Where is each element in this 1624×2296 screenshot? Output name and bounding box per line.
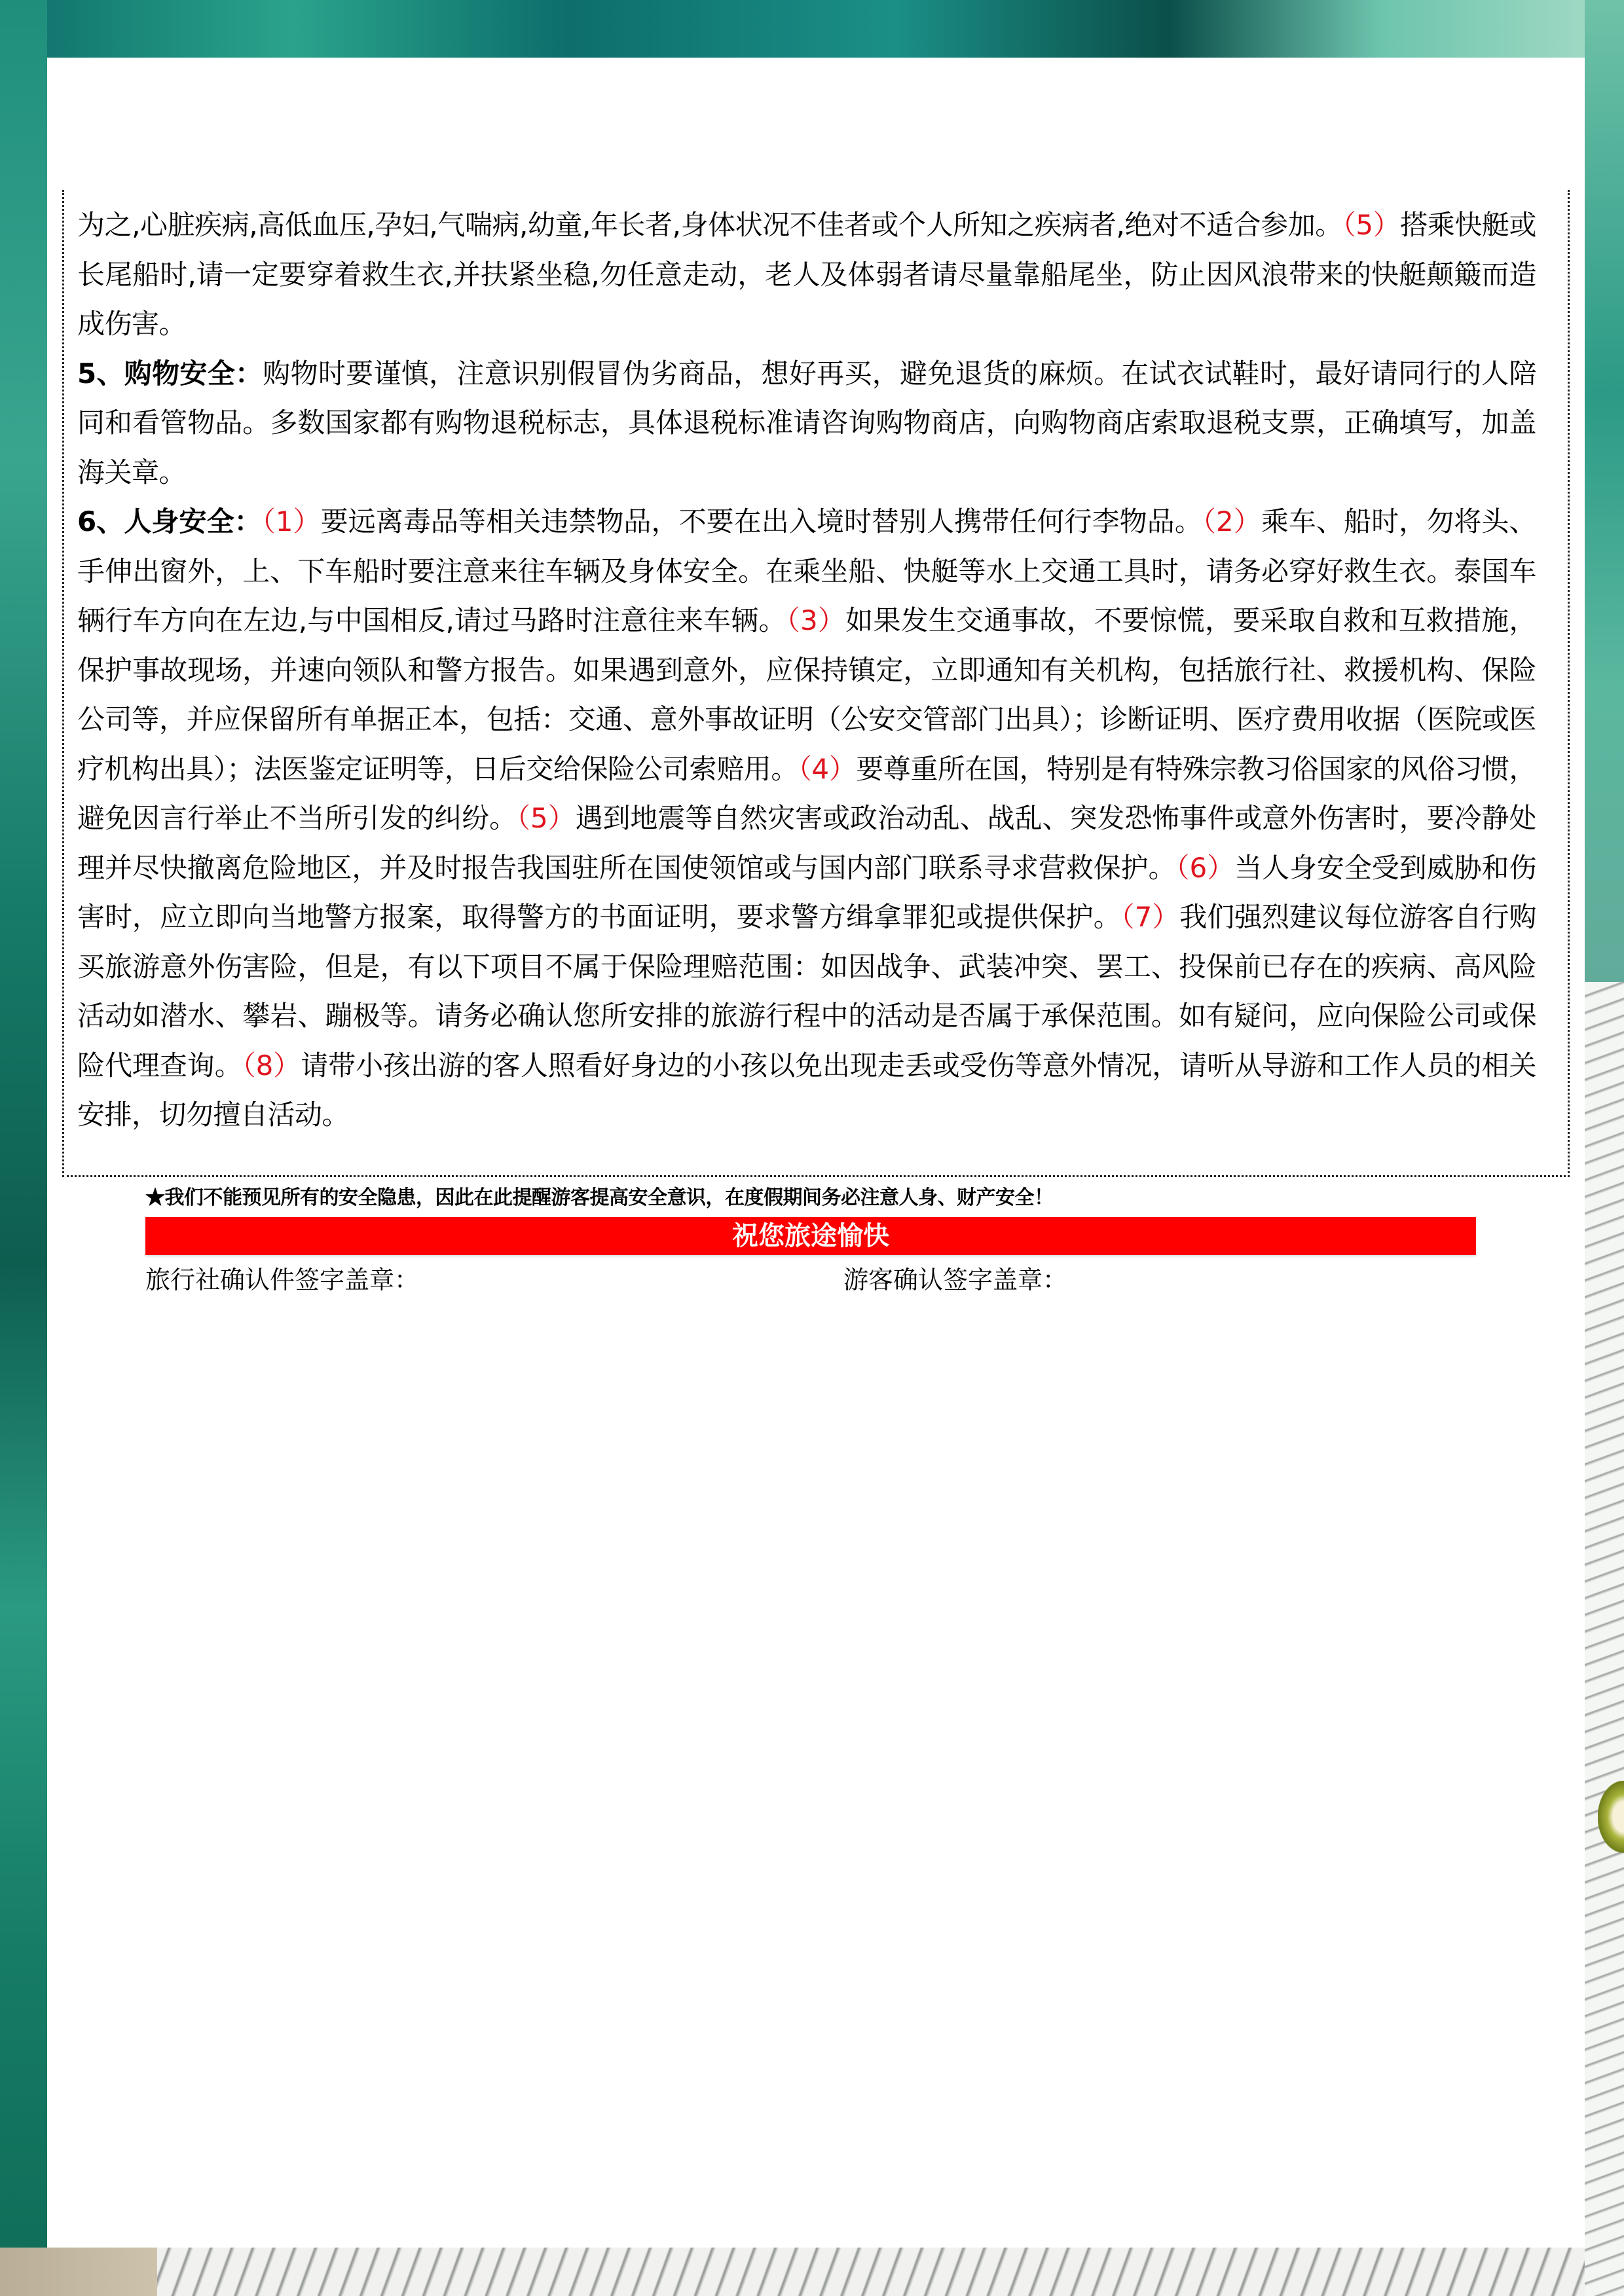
item-number: （6） [1176,852,1235,884]
safety-reminder-notice: ★我们不能预见所有的安全隐患，因此在此提醒游客提高安全意识，在度假期间务必注意人… [145,1182,1521,1214]
text-segment: 要远离毒品等相关违禁物品，不要在出入境时替别人携带任何行李物品。 [321,505,1202,538]
section-heading-shopping: 5、购物安全： [77,357,263,390]
paragraph-personal-safety: 6、人身安全：（1）要远离毒品等相关违禁物品，不要在出入境时替别人携带任何行李物… [77,497,1536,1140]
item-number: （3） [786,604,845,636]
background-water-top [0,0,1624,65]
item-number: （4） [798,753,856,785]
wish-banner: 祝您旅途愉快 [145,1217,1476,1255]
agency-signature-label: 旅行社确认件签字盖章： [145,1260,419,1300]
text-segment: 购物时要谨慎，注意识别假冒伪劣商品，想好再买，避免退货的麻烦。在试衣试鞋时，最好… [77,357,1536,488]
paragraph-health-boat: 为之,心脏疾病,高低血压,孕妇,气喘病,幼童,年长者,身体状况不佳者或个人所知之… [77,200,1536,349]
safety-notes-content: 为之,心脏疾病,高低血压,孕妇,气喘病,幼童,年长者,身体状况不佳者或个人所知之… [77,200,1536,1140]
background-sand-bottom [0,2248,157,2296]
background-fabric-right [1585,982,1624,2296]
item-number: （5） [517,802,576,834]
item-number: （7） [1121,901,1180,933]
decorative-fruit [1598,1781,1624,1853]
background-water-right [1585,0,1624,982]
item-number: （8） [242,1049,301,1082]
background-fabric-bottom [47,2248,1585,2296]
tourist-signature-label: 游客确认签字盖章： [843,1260,1067,1300]
text-segment: 为之,心脏疾病,高低血压,孕妇,气喘病,幼童,年长者,身体状况不佳者或个人所知之… [77,209,1342,241]
background-water-left [0,0,47,2296]
wish-banner-text: 祝您旅途愉快 [732,1221,889,1251]
item-number: （5） [1342,209,1400,241]
section-heading-personal: 6、人身安全： [77,505,262,538]
paragraph-shopping-safety: 5、购物安全：购物时要谨慎，注意识别假冒伪劣商品，想好再买，避免退货的麻烦。在试… [77,349,1536,498]
item-number: （1） [262,505,321,538]
item-number: （2） [1202,505,1261,538]
